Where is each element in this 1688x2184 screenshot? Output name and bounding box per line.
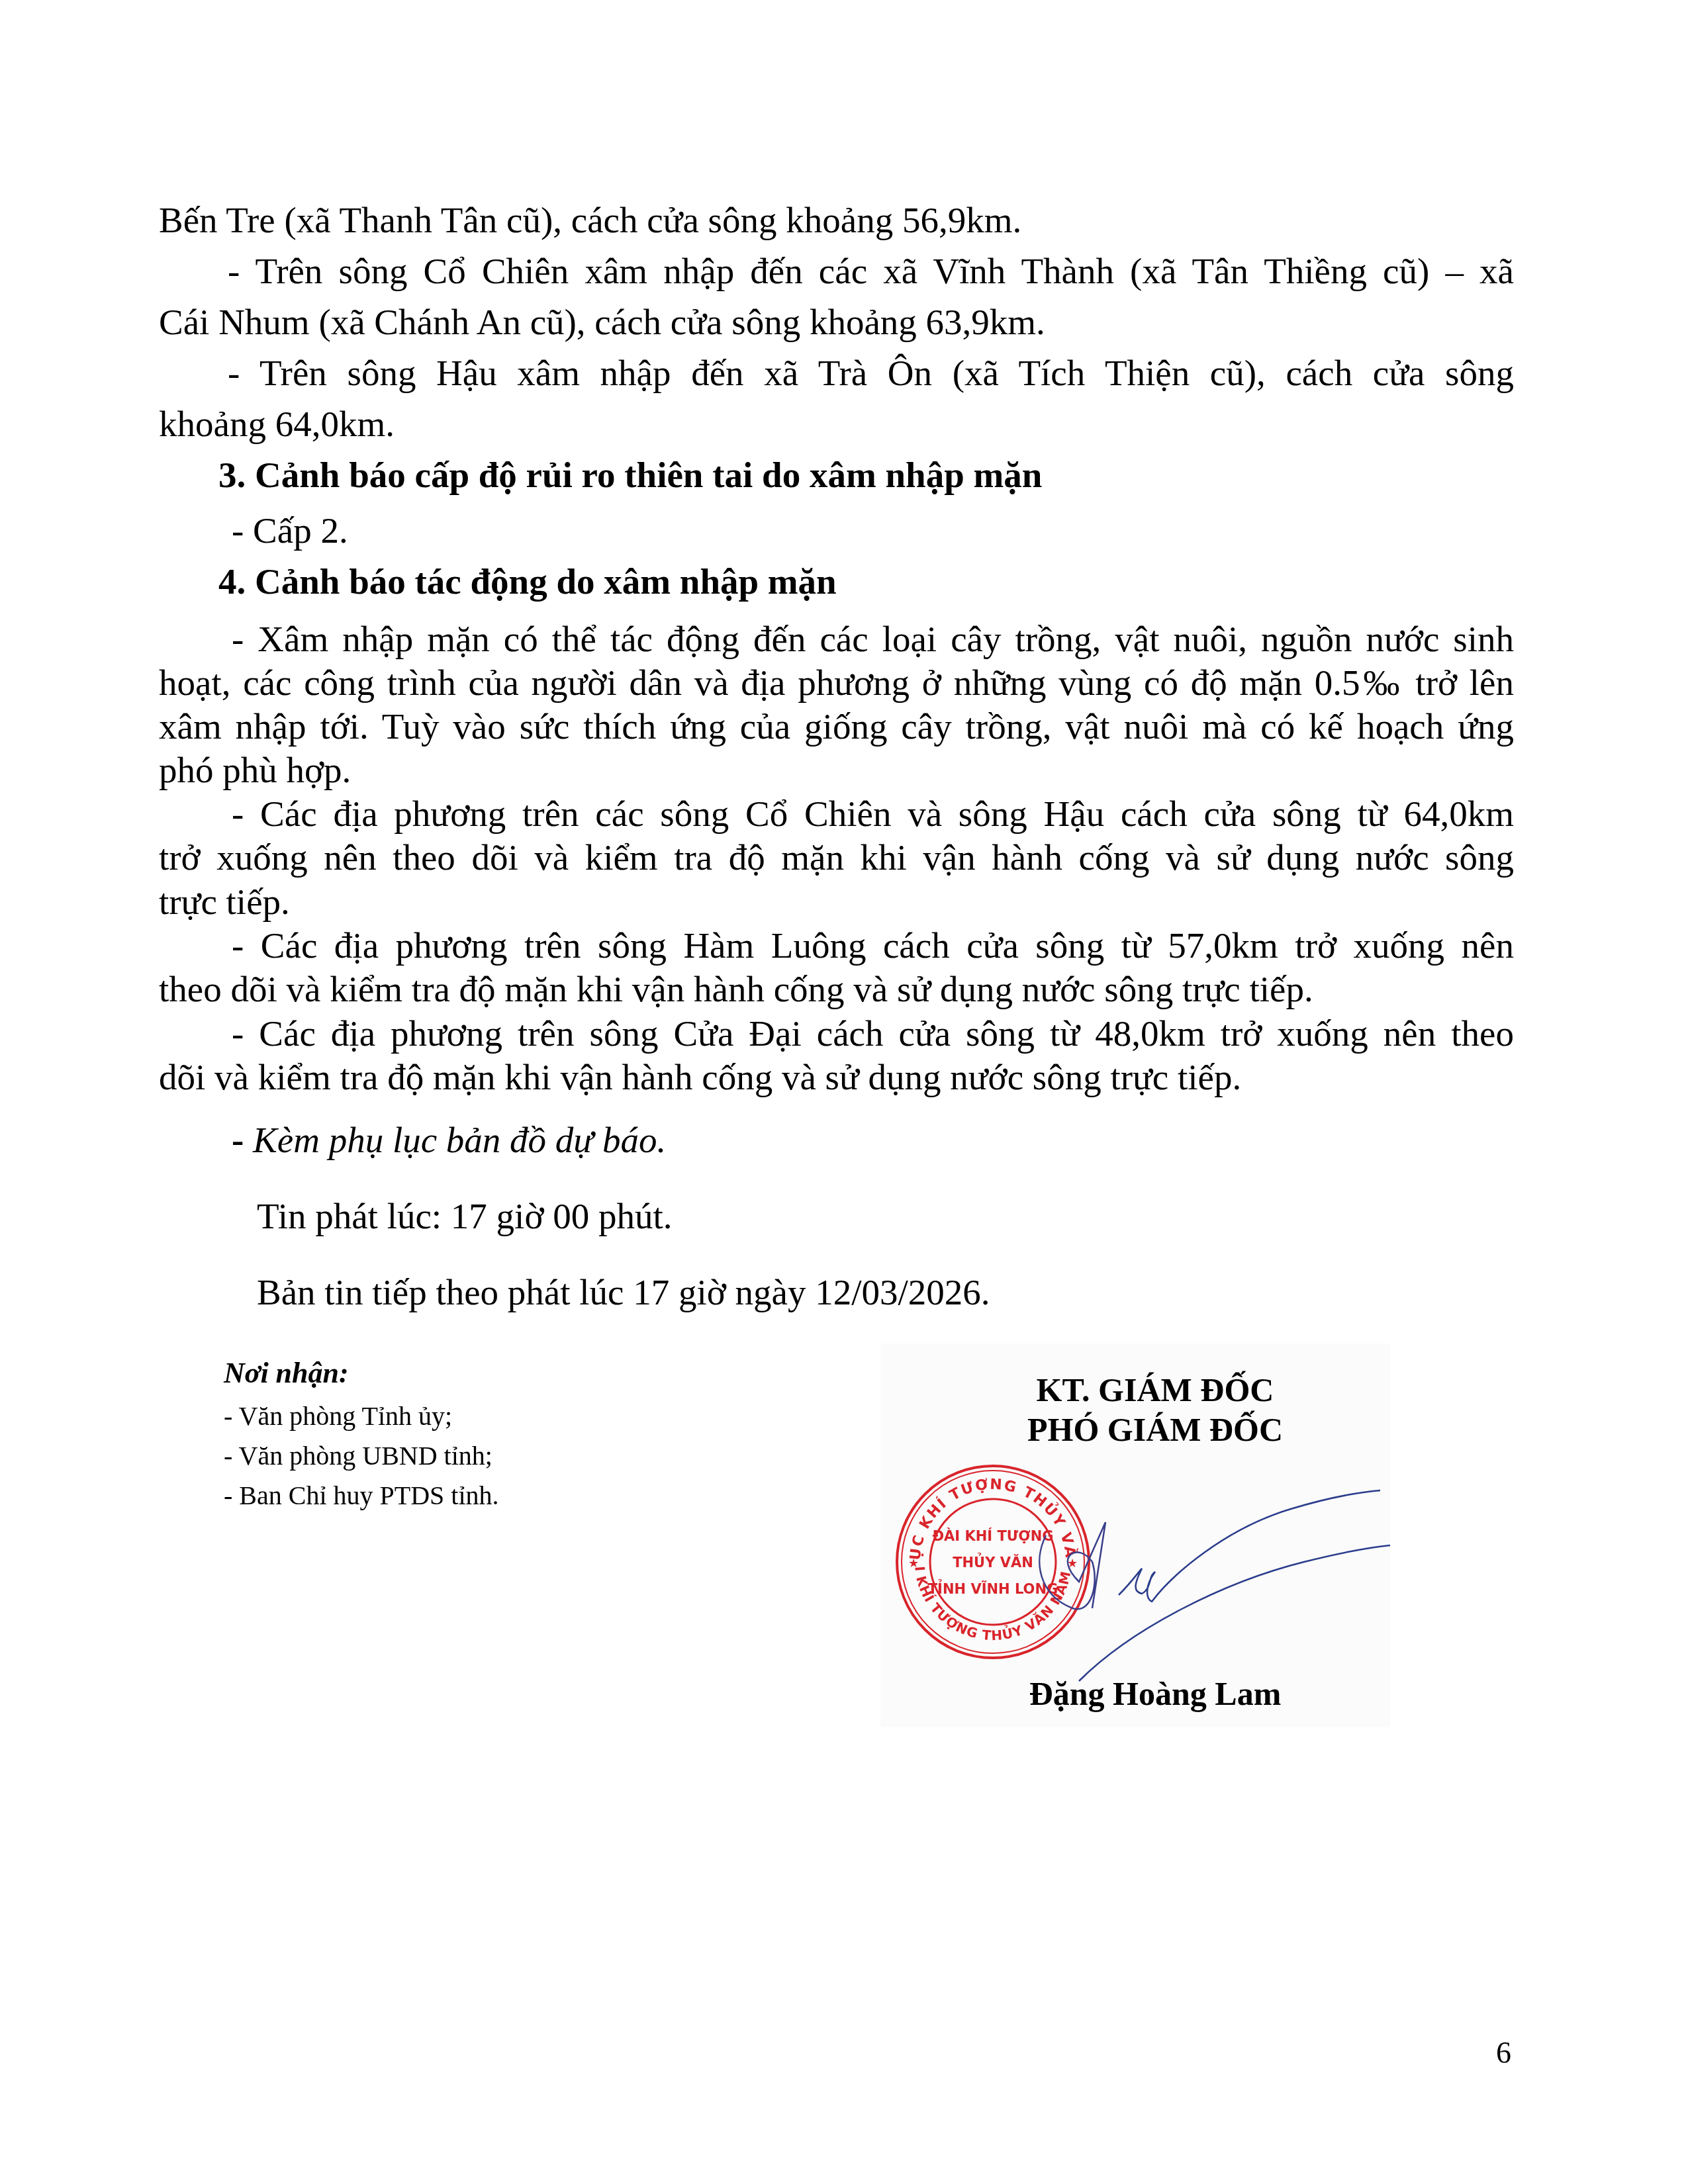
impact-line: xâm nhập tới. Tuỳ vào sức thích ứng của … bbox=[159, 705, 1514, 749]
page-number: 6 bbox=[1496, 2035, 1511, 2070]
risk-level: - Cấp 2. bbox=[232, 509, 1518, 553]
impact-line: trực tiếp. bbox=[159, 880, 1514, 924]
impact-line: dõi và kiểm tra độ mặn khi vận hành cống… bbox=[159, 1056, 1514, 1099]
recipient-item: - Văn phòng UBND tỉnh; bbox=[224, 1436, 492, 1476]
body-line: - Trên sông Hậu xâm nhập đến xã Trà Ôn (… bbox=[228, 351, 1514, 395]
attachment-dash: - bbox=[232, 1120, 244, 1160]
signer-name: Đặng Hoàng Lam bbox=[880, 1674, 1390, 1713]
handwritten-signature-icon bbox=[880, 1343, 1390, 1727]
recipient-item: - Văn phòng Tỉnh ủy; bbox=[224, 1396, 452, 1436]
recipient-item: - Ban Chỉ huy PTDS tỉnh. bbox=[224, 1476, 499, 1516]
impact-line: hoạt, các công trình của người dân và đị… bbox=[159, 661, 1514, 705]
body-line: Bến Tre (xã Thanh Tân cũ), cách cửa sông… bbox=[159, 199, 1514, 242]
recipients-title: Nơi nhận: bbox=[224, 1353, 349, 1393]
impact-line: trở xuống nên theo dõi và kiểm tra độ mặ… bbox=[159, 836, 1514, 880]
signature-block: KT. GIÁM ĐỐC PHÓ GIÁM ĐỐC CỤC KHÍ TƯỢNG … bbox=[880, 1343, 1390, 1727]
section-4-heading: 4. Cảnh báo tác động do xâm nhập mặn bbox=[218, 560, 1505, 604]
impact-line: - Xâm nhập mặn có thể tác động đến các l… bbox=[232, 617, 1514, 661]
body-line: Cái Nhum (xã Chánh An cũ), cách cửa sông… bbox=[159, 300, 1514, 344]
impact-line: phó phù hợp. bbox=[159, 749, 1514, 792]
impact-line: - Các địa phương trên sông Hàm Luông các… bbox=[232, 924, 1514, 968]
attachment-note: - Kèm phụ lục bản đồ dự báo. bbox=[232, 1118, 1587, 1162]
attachment-text: Kèm phụ lục bản đồ dự báo. bbox=[253, 1120, 666, 1160]
impact-line: - Các địa phương trên các sông Cổ Chiên … bbox=[232, 792, 1514, 836]
body-line: - Trên sông Cổ Chiên xâm nhập đến các xã… bbox=[228, 250, 1514, 293]
next-bulletin: Bản tin tiếp theo phát lúc 17 giờ ngày 1… bbox=[257, 1271, 1612, 1314]
impact-line: theo dõi và kiểm tra độ mặn khi vận hành… bbox=[159, 968, 1514, 1011]
body-line: khoảng 64,0km. bbox=[159, 402, 1514, 446]
section-3-heading: 3. Cảnh báo cấp độ rủi ro thiên tai do x… bbox=[218, 453, 1505, 497]
issued-time: Tin phát lúc: 17 giờ 00 phút. bbox=[257, 1195, 1612, 1238]
impact-line: - Các địa phương trên sông Cửa Đại cách … bbox=[232, 1012, 1514, 1056]
